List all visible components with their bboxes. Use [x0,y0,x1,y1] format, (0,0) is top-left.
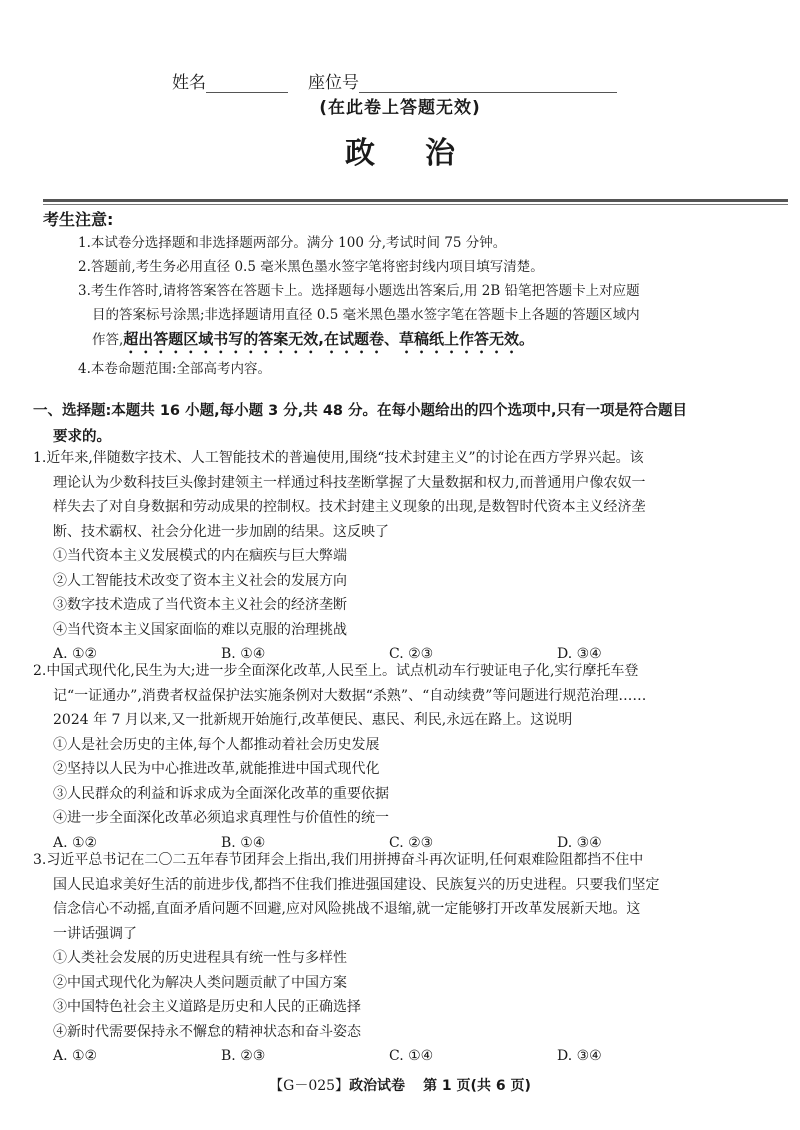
statement: ④进一步全面深化改革必须追求真理性与价值性的统一 [33,806,788,831]
page-footer: 【G－025】政治试卷第 1 页(共 6 页) [0,1075,800,1095]
question-stem: 1.近年来,伴随数字技术、人工智能技术的普遍使用,围绕“技术封建主义”的讨论在西… [33,446,788,544]
choice-b: B. ②③ [221,1044,389,1069]
subject-char-2: 治 [425,128,455,172]
invalid-note: (在此卷上答题无效) [0,93,800,118]
name-blank-line [206,74,288,93]
choice-row: A. ①② B. ②③ C. ①④ D. ③④ [33,1044,788,1069]
emphasized-warning: 超出答题区域书写的答案无效,在试题卷、草稿纸上作答无效。 [123,330,534,348]
subject-char-1: 政 [345,128,375,172]
header-divider [43,199,788,205]
choice-a: A. ①② [53,1044,221,1069]
statement: ①人是社会历史的主体,每个人都推动着社会历史发展 [33,733,788,758]
choice-d: D. ③④ [557,1044,725,1069]
notice-title: 考生注意: [43,207,113,230]
choice-c: C. ①④ [389,1044,557,1069]
exam-code: 【G－025】 [269,1078,349,1094]
notice-item-3: 3.考生作答时,请将答案答在答题卡上。选择题每小题选出答案后,用 2B 铅笔把答… [78,279,783,357]
question-3: 3.习近平总书记在二〇二五年春节团拜会上指出,我们用拼搏奋斗再次证明,任何艰难险… [33,848,788,1069]
statement: ②中国式现代化为解决人类问题贡献了中国方案 [33,971,788,996]
notice-item-2: 2.答题前,考生务必用直径 0.5 毫米黑色墨水签字笔将密封线内项目填写清楚。 [78,255,783,279]
page-number: 第 1 页(共 6 页) [423,1078,531,1094]
seat-label: 座位号 [308,68,359,93]
statement: ①当代资本主义发展模式的内在痼疾与巨大弊端 [33,544,788,569]
question-1: 1.近年来,伴随数字技术、人工智能技术的普遍使用,围绕“技术封建主义”的讨论在西… [33,446,788,667]
exam-title: 政治试卷 [349,1078,405,1094]
seat-blank-line [359,74,617,93]
statement: ①人类社会发展的历史进程具有统一性与多样性 [33,946,788,971]
statement: ③中国特色社会主义道路是历史和人民的正确选择 [33,995,788,1020]
question-stem: 2.中国式现代化,民生为大;进一步全面深化改革,人民至上。试点机动车行驶证电子化… [33,659,788,733]
question-2: 2.中国式现代化,民生为大;进一步全面深化改革,人民至上。试点机动车行驶证电子化… [33,659,788,856]
statement: ②人工智能技术改变了资本主义社会的发展方向 [33,569,788,594]
statement: ④新时代需要保持永不懈怠的精神状态和奋斗姿态 [33,1020,788,1045]
exam-page: 姓名 座位号 (在此卷上答题无效) 政治 考生注意: 1.本试卷分选择题和非选择… [0,0,800,1130]
statement: ④当代资本主义国家面临的难以克服的治理挑战 [33,618,788,643]
notice-item-1: 1.本试卷分选择题和非选择题两部分。满分 100 分,考试时间 75 分钟。 [78,231,783,255]
statement: ③人民群众的利益和诉求成为全面深化改革的重要依据 [33,782,788,807]
subject-title: 政治 [0,128,800,172]
notice-list: 1.本试卷分选择题和非选择题两部分。满分 100 分,考试时间 75 分钟。 2… [78,231,783,381]
question-stem: 3.习近平总书记在二〇二五年春节团拜会上指出,我们用拼搏奋斗再次证明,任何艰难险… [33,848,788,946]
name-seat-row: 姓名 座位号 [172,68,642,93]
notice-item-4: 4.本卷命题范围:全部高考内容。 [78,357,783,381]
statement: ②坚持以人民为中心推进改革,就能推进中国式现代化 [33,757,788,782]
statement: ③数字技术造成了当代资本主义社会的经济垄断 [33,593,788,618]
section-heading: 一、选择题:本题共 16 小题,每小题 3 分,共 48 分。在每小题给出的四个… [33,398,788,450]
name-label: 姓名 [172,68,206,93]
